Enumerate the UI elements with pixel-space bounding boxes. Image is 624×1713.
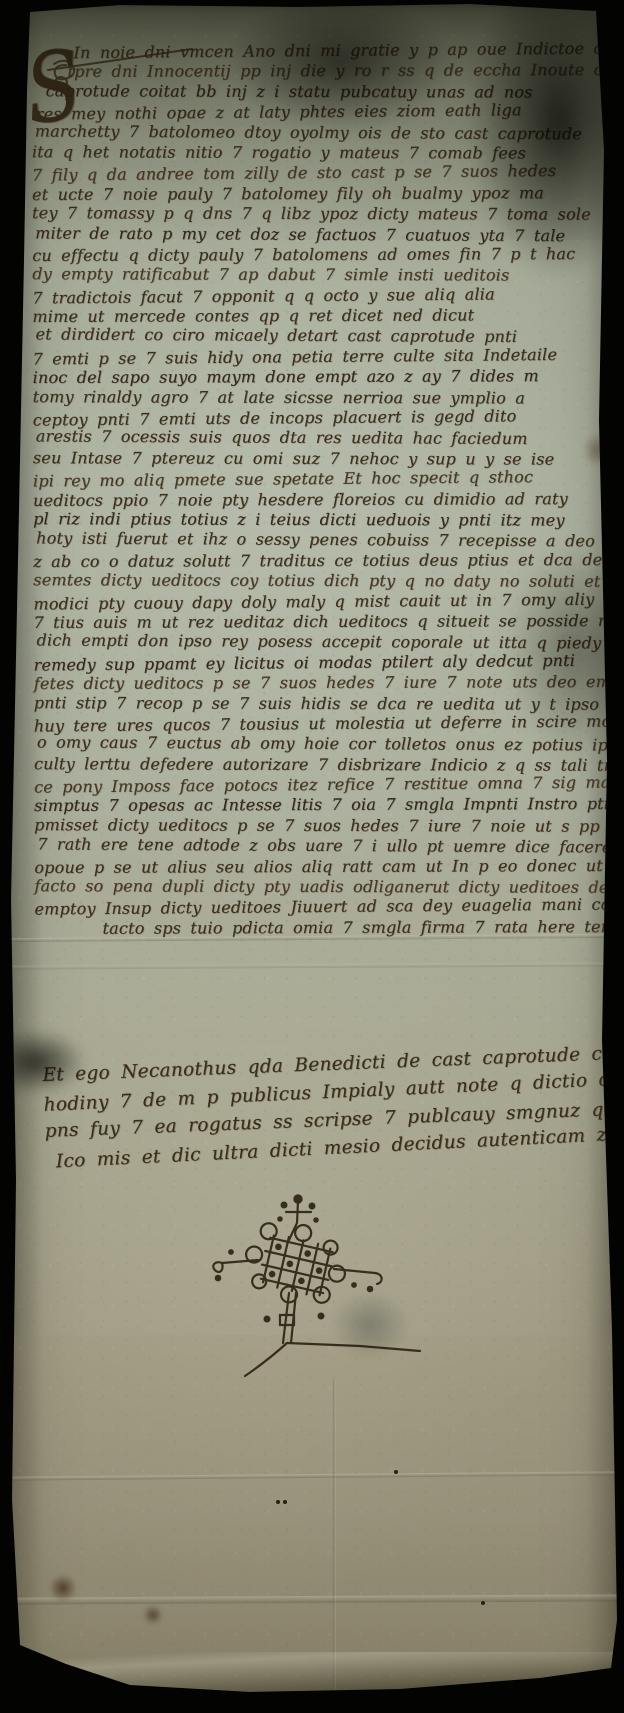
handwritten-text-line: opoue p se ut alius seu alios aliq ratt …	[34, 856, 619, 878]
ink-dot	[481, 1601, 485, 1605]
deed-body-text: In noie dni vmcen Ano dni mi gratie y p …	[31, 40, 619, 939]
handwritten-text-line: tpre dni Innocentij pp inj die y ro r ss…	[32, 60, 617, 82]
bottom-edge-curl	[0, 1652, 624, 1713]
ink-dot	[276, 1500, 280, 1504]
handwritten-text-line: simptus 7 opesas ac Intesse litis 7 oia …	[34, 794, 619, 816]
parchment-sheet: S c In noie dni vmcen Ano dni mi gratie …	[0, 0, 624, 1713]
handwritten-text-line: fetes dicty ueditocs p se 7 suos hedes 7…	[34, 672, 619, 694]
notary-attestation-text: Et ego Necanothus qda Benedicti de cast …	[42, 1041, 606, 1174]
margin-mark: c	[9, 340, 17, 358]
notary-signum-icon	[168, 1192, 438, 1392]
handwritten-text-line: arestis 7 ocessis suis quos dta res uedi…	[36, 427, 621, 450]
handwritten-text-line: inoc del sapo suyo maym done empt azo z …	[33, 366, 618, 388]
handwritten-text-line: ueditocs ppio 7 noie pty hesdere floreio…	[33, 489, 618, 511]
handwritten-text-line: miter de rato p my cet doz se factuos 7 …	[35, 223, 620, 246]
handwritten-text-line: hoty isti fuerut et ihz o sessy penes co…	[36, 529, 621, 552]
handwritten-text-line: tey 7 tomassy p q dns 7 q libz ypoz dict…	[32, 203, 617, 225]
handwritten-text-line: marchetty 7 batolomeo dtoy oyolmy ois de…	[35, 121, 620, 144]
ink-dot	[394, 1470, 398, 1474]
handwritten-text-line: pl riz indi ptius totius z i teius dicti…	[33, 509, 618, 531]
handwritten-text-line: pmisset dicty ueditocs p se 7 suos hedes…	[34, 815, 619, 837]
handwritten-text-line: et ucte 7 noie pauly 7 batolomey fily oh…	[32, 183, 617, 205]
photo-black-backdrop: { "document": { "colors": { "background"…	[0, 0, 624, 1713]
handwritten-text-line: semtes dicty ueditocs coy totius dich pt…	[33, 570, 618, 592]
handwritten-text-line: dy empty ratificabut 7 ap dabut 7 simle …	[32, 265, 617, 287]
handwritten-text-line: o omy caus 7 euctus ab omy hoie cor toll…	[37, 733, 622, 756]
handwritten-text-line: 7 rath ere tene adtode z obs uare 7 i ul…	[37, 835, 622, 858]
handwritten-text-line: cu effectu q dicty pauly 7 batolomens ad…	[32, 244, 617, 266]
handwritten-text-line: tacto sps tuio pdicta omia 7 smgla firma…	[34, 917, 619, 939]
ink-dot	[283, 1500, 287, 1504]
handwritten-text-line: z ab co o datuz solutt 7 traditus ce tot…	[33, 550, 618, 572]
